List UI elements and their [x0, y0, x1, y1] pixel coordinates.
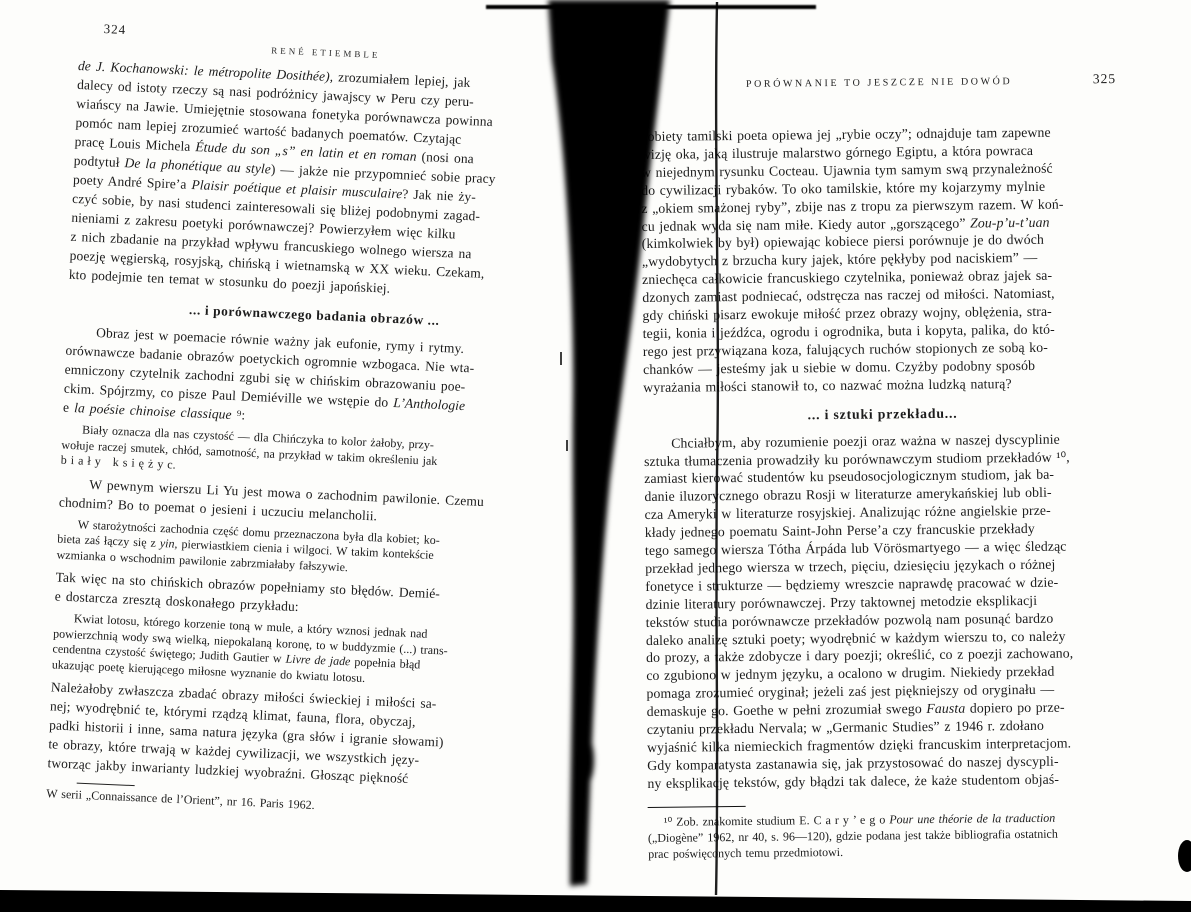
- text-line: ny eksplikację tekstów, gdy błądzi tak d…: [647, 770, 1125, 793]
- bottom-scan-bar: [0, 890, 1191, 912]
- right-edge-blot: [1178, 840, 1191, 872]
- left-page: 324 RENÉ ETIEMBLE de J. Kochanowski: le …: [46, 20, 574, 823]
- right-running-head: PORÓWNANIE TO JESZCZE NIE DOWÓD: [640, 75, 1118, 91]
- paragraph-kobiety: kobiety tamilski poeta opiewa jej „rybie…: [641, 123, 1122, 397]
- left-footnote: W serii „Connaissance de l’Orient”, nr 1…: [46, 785, 540, 823]
- paragraph-obraz: Obraz jest w poemacie równie ważny jak e…: [63, 322, 561, 438]
- right-page: PORÓWNANIE TO JESZCZE NIE DOWÓD 325 kobi…: [640, 71, 1126, 862]
- section-heading-translation: ... i sztuki przekładu...: [643, 404, 1121, 425]
- right-page-header: PORÓWNANIE TO JESZCZE NIE DOWÓD 325: [640, 71, 1118, 102]
- left-page-number: 324: [103, 21, 126, 38]
- margin-tick-artifact: [566, 440, 568, 451]
- right-footnote: ¹⁰ Zob. znakomite studium E. C a r y ’ e…: [648, 809, 1126, 862]
- margin-tick-artifact: [560, 352, 562, 365]
- right-page-number: 325: [1093, 71, 1116, 87]
- paragraph-intro: de J. Kochanowski: le métropolite Dosith…: [68, 56, 571, 305]
- top-scan-line: [486, 5, 816, 9]
- left-footnote-rule: [77, 783, 135, 787]
- paragraph-chcialbym: Chciałbym, aby rozumienie poezji oraz wa…: [644, 430, 1126, 793]
- right-footnote-rule: [648, 806, 746, 808]
- scanned-book-spread: 324 RENÉ ETIEMBLE de J. Kochanowski: le …: [0, 0, 1191, 912]
- paragraph-nalezaloby: Należałoby zwłaszcza zbadać obrazy miłoś…: [47, 677, 545, 793]
- text-line: W serii „Connaissance de l’Orient”, nr 1…: [46, 785, 540, 823]
